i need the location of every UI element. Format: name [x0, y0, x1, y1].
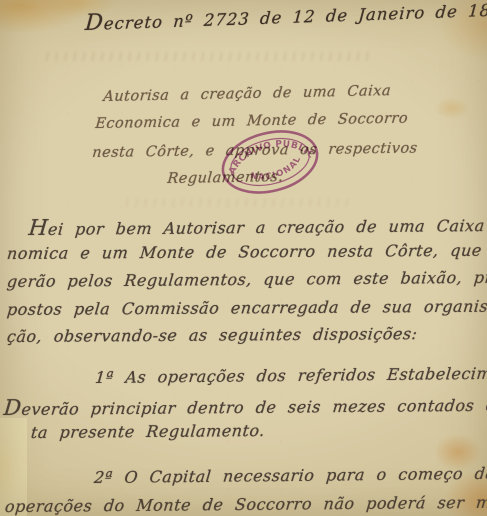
bleed-through-marks [40, 52, 370, 61]
summary-line-1: Autorisa a creação de uma Caixa [103, 83, 392, 105]
body-line-3: gerão pelos Regulamentos, que com este b… [6, 268, 487, 291]
decree-title-line: Decreto nº 2723 de 12 de Janeiro de 1861 [84, 0, 487, 36]
article1-line-3: ta presente Regulamento. [30, 421, 266, 442]
body-line-2: nomica e um Monte de Soccorro nesta Côrt… [6, 240, 487, 263]
manuscript-page: Decreto nº 2723 de 12 de Janeiro de 1861… [0, 0, 487, 516]
article2-line-2: operações do Monte de Soccorro não poder… [4, 492, 487, 516]
article1-line-1: 1ª As operações dos referidos Estabeleci… [94, 363, 487, 387]
body-line-4: postos pela Commissão encarregada de sua… [6, 297, 487, 319]
body-line-1: Hei por bem Autorisar a creação de uma C… [28, 212, 487, 241]
article1-line-2: Deverão principiar dentro de seis mezes … [3, 391, 487, 421]
article2-line-1: 2ª O Capital necessario para o começo da… [93, 464, 487, 487]
national-archive-stamp: ARCHIVO PUBLICO NACIONAL [213, 119, 327, 206]
summary-line-2: Economica e um Monte de Soccorro [95, 111, 409, 132]
body-line-5: ção, observando-se as seguintes disposiç… [6, 324, 418, 346]
